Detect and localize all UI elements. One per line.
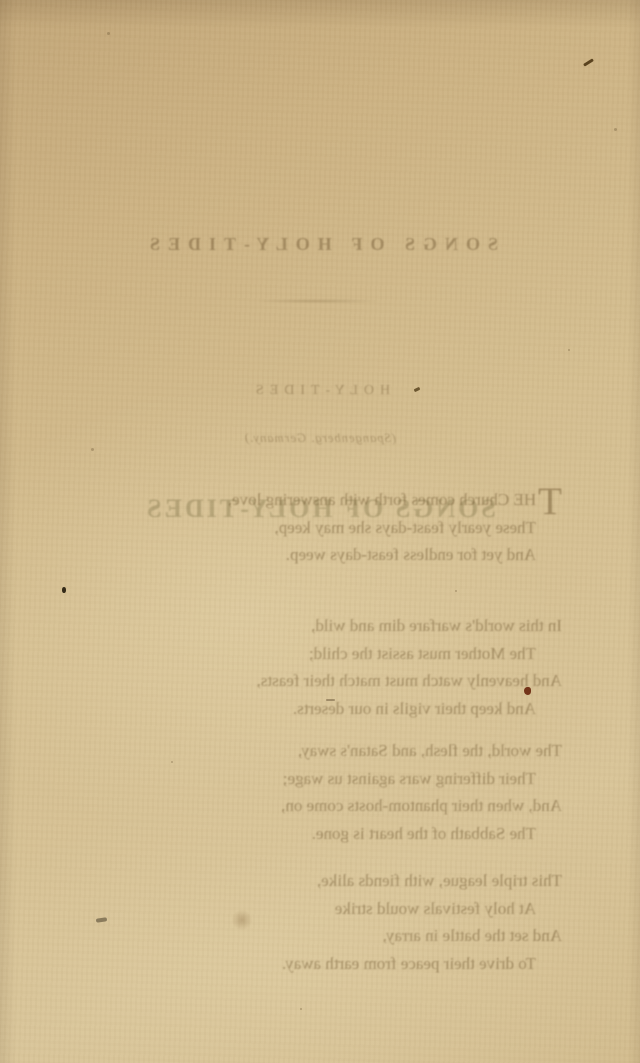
- paper-fiber-speck: [91, 448, 94, 451]
- showthrough-subheading: (Spangenberg. Germany.): [0, 431, 640, 446]
- showthrough-line: THE Church comes forth with answering lo…: [55, 486, 562, 514]
- showthrough-line: The world, the flesh, and Satan's sway,: [55, 737, 562, 765]
- showthrough-rule-smudge: [258, 299, 378, 303]
- showthrough-overlay-title: SONGS OF HOLY-TIDES: [0, 494, 640, 524]
- foxing-speck: [524, 687, 531, 695]
- ink-speck: [414, 387, 421, 392]
- paper-fiber-speck: [300, 1008, 302, 1010]
- ink-speck: [326, 699, 335, 701]
- showthrough-section-heading: HOLY-TIDES: [0, 383, 640, 399]
- showthrough-stanza: The world, the flesh, and Satan's sway, …: [55, 737, 562, 847]
- showthrough-line: To drive their peace from earth away.: [55, 950, 562, 978]
- showthrough-line: These yearly feast-days she may keep,: [55, 514, 562, 542]
- paper-fiber-speck: [171, 761, 173, 763]
- ink-speck: [96, 917, 107, 922]
- showthrough-line: In this world's warfare dim and wild,: [55, 612, 562, 640]
- showthrough-line: And, when their phantom-hosts come on,: [55, 792, 562, 820]
- showthrough-line: Their differing wars against us wage;: [55, 765, 562, 793]
- paper-grain-texture: [0, 0, 640, 1063]
- ink-speck: [62, 587, 66, 593]
- paper-fiber-speck: [568, 349, 570, 351]
- showthrough-line: And yet for endless feast-days weep.: [55, 541, 562, 569]
- showthrough-line: And set the battle in array,: [55, 922, 562, 950]
- showthrough-line: And keep their vigils in our deserts.: [55, 695, 562, 723]
- showthrough-line: And heavenly watch must match their feas…: [55, 667, 562, 695]
- scanned-book-page: SONGS OF HOLY-TIDES HOLY-TIDES (Spangenb…: [0, 0, 640, 1063]
- paper-fiber-speck: [107, 32, 110, 35]
- showthrough-line: This triple league, with fiends alike,: [55, 867, 562, 895]
- showthrough-line: At holy festivals would strike: [55, 895, 562, 923]
- paper-fiber-speck: [614, 128, 617, 131]
- showthrough-text-layer: SONGS OF HOLY-TIDES HOLY-TIDES (Spangenb…: [0, 0, 640, 1063]
- paper-fiber-speck: [455, 590, 457, 592]
- showthrough-line: The Mother must assist the child;: [55, 640, 562, 668]
- showthrough-stanza: This triple league, with fiends alike, A…: [55, 867, 562, 977]
- ink-speck: [583, 58, 594, 66]
- showthrough-running-header: SONGS OF HOLY-TIDES: [0, 234, 640, 255]
- showthrough-line: The Sabbath of the heart is gone.: [55, 820, 562, 848]
- showthrough-stanza: In this world's warfare dim and wild, Th…: [55, 612, 562, 722]
- foxing-smudge: [231, 910, 253, 930]
- showthrough-stanza: THE Church comes forth with answering lo…: [55, 486, 562, 569]
